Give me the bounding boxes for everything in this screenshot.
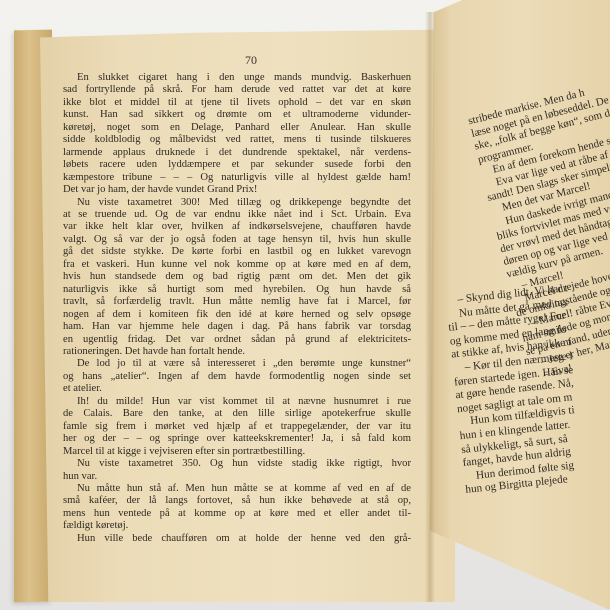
text-line: fra et vaskeri. Hun kunne vel nok komme … xyxy=(63,259,411,271)
text-line: mens hun ventede på at komme op at køre … xyxy=(63,508,411,520)
text-line: og hans „atelier“. Ingen af dem havde fo… xyxy=(63,371,411,383)
text-line: fældigt køretøj. xyxy=(63,520,411,532)
text-line: var ikke helt klar over, hvilken af indk… xyxy=(63,221,411,233)
text-line: sidde koldblodig og målbevidst ved ratte… xyxy=(63,134,411,146)
right-page-text-lower: – Skynd dig lidt. Vi har tNu måtte det g… xyxy=(445,274,610,498)
text-line: løbets racere uden lyddæmpere et par sek… xyxy=(63,159,411,171)
text-line: famle sig frem i mørket ved hjælp af et … xyxy=(63,421,411,433)
text-line: kæmpestore tribune – – – Og naturligvis … xyxy=(63,172,411,184)
text-line: Marcel til at kigge i vejviseren efter s… xyxy=(63,446,411,458)
text-line: her og der – – og springe over katteeksk… xyxy=(63,433,411,445)
text-line: hun var. xyxy=(63,471,411,483)
text-line: nogen af dem i komiteen fik den idé at k… xyxy=(63,309,411,321)
text-line: hvis hun standsede dem og bad rigtig pæn… xyxy=(63,271,411,283)
book-gutter xyxy=(425,12,435,602)
text-line: De lod jo til at være så interesseret i … xyxy=(63,358,411,370)
text-line: sad fortryllende på skrå. For ham derude… xyxy=(63,84,411,96)
text-line: Nu viste taxametret 300! Med tillæg og d… xyxy=(63,197,411,209)
text-line: Nu viste taxametret 350. Og hun vidste s… xyxy=(63,458,411,470)
text-line: et atelier. xyxy=(63,383,411,395)
text-line: ham. Han var hjemme hele dagen i dag. På… xyxy=(63,321,411,333)
text-line: En slukket cigaret hang i den unge mands… xyxy=(63,72,411,84)
text-line: Hun ville bede chaufføren om at holde de… xyxy=(63,533,411,545)
text-line: kunst. Han sad sikkert og drømte om et u… xyxy=(63,109,411,121)
text-line: de Calais. Bare den tanke, at den lille … xyxy=(63,408,411,420)
text-line: valgt. Og så var der jo også foden at ta… xyxy=(63,234,411,246)
text-line: gå det sidste stykke. De kørte forbi en … xyxy=(63,246,411,258)
text-line: at se truende ud. Og de var endnu ikke n… xyxy=(63,209,411,221)
text-line: en ugentlig fridag. Det var ordnet sådan… xyxy=(63,334,411,346)
text-line: Ih! du milde! Hun var vist kommet til at… xyxy=(63,396,411,408)
text-line: travlt, så forfærdelig travlt. Hun måtte… xyxy=(63,296,411,308)
text-line: larmende applaus druknede i det dundrend… xyxy=(63,147,411,159)
page-number: 70 xyxy=(245,53,257,68)
left-page-text: En slukket cigaret hang i den unge mands… xyxy=(63,72,411,545)
text-line: ikke blot et middel til at tjene til liv… xyxy=(63,97,411,109)
text-line: Nu måtte hun stå af. Men hun måtte se at… xyxy=(63,483,411,495)
text-line: Det var jo ham, der havde vundet Grand P… xyxy=(63,184,411,196)
text-line: små kaféer, der lå langs fortovet, så hu… xyxy=(63,495,411,507)
text-line: køretøj, noget som en Delage, Panhard el… xyxy=(63,122,411,134)
text-line: naturligvis ikke så hurtigt som med hyre… xyxy=(63,284,411,296)
text-line: rationeringen. Det havde han fortalt hen… xyxy=(63,346,411,358)
